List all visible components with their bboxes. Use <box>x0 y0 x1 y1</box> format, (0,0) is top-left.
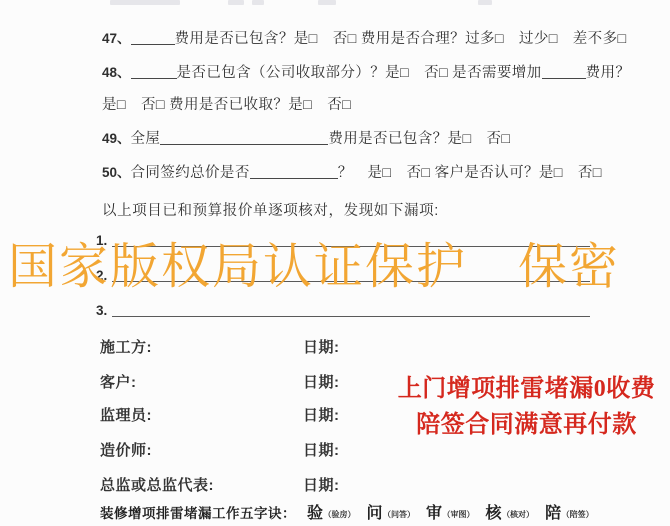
date-label: 日期: <box>303 336 340 357</box>
signature-label: 施工方: <box>100 339 152 356</box>
clipped-text-mark <box>478 0 492 5</box>
mnemonic-note: （验房） <box>324 510 356 519</box>
question-number: 47、 <box>102 31 131 46</box>
signature-row-contractor: 施工方: 日期: <box>100 336 520 357</box>
mnemonic-key: 陪 <box>545 505 562 522</box>
mnemonic-key: 审 <box>426 505 443 522</box>
clipped-text-mark <box>252 0 264 5</box>
question-48-continued: 是□ 否□ 费用是否已收取？是□ 否□ <box>102 93 351 114</box>
summary-sentence: 以上项目已和预算报价单逐项核对，发现如下漏项: <box>102 199 439 220</box>
signature-label: 造价师: <box>100 442 152 459</box>
mnemonic-note: （核对） <box>502 510 534 519</box>
mnemonic-key: 问 <box>367 505 384 522</box>
question-text: 费用是否已包含？是□ 否□ 费用是否合理？过多□ 过少□ 差不多□ <box>175 31 627 47</box>
omission-item-3: 3. <box>96 302 590 320</box>
footer-prefix: 装修增项排雷堵漏工作五字诀： <box>100 506 296 521</box>
question-text: 是□ 否□ 费用是否已收取？是□ 否□ <box>102 97 351 113</box>
question-48: 48、是否已包含（公司收取部分）？是□ 否□ 是否需要增加费用？ <box>102 61 630 82</box>
mnemonic-note: （陪签） <box>562 510 594 519</box>
blank-underline <box>131 66 177 79</box>
footer-mnemonic: 装修增项排雷堵漏工作五字诀：验（验房）问（问答）审（审图）核（核对）陪（陪签） <box>100 500 594 523</box>
question-number: 48、 <box>102 65 131 80</box>
question-49: 49、全屋费用是否已包含？是□ 否□ <box>102 127 511 148</box>
question-text: ？ 是□ 否□ 客户是否认可？是□ 否□ <box>338 165 602 181</box>
blank-underline <box>112 304 590 317</box>
clipped-text-mark <box>318 0 336 5</box>
promo-line-2: 陪签合同满意再付款 <box>384 407 669 443</box>
question-number: 49、 <box>102 131 131 146</box>
blank-underline <box>250 166 338 179</box>
question-text: 费用是否已包含？是□ 否□ <box>328 131 510 147</box>
watermark: 国家版权局认证保护 保密 <box>8 237 620 297</box>
promo-line-1: 上门增项排雷堵漏0收费 <box>384 371 669 407</box>
question-number: 50、 <box>102 165 131 180</box>
mnemonic-note: （审图） <box>443 510 475 519</box>
date-label: 日期: <box>303 474 340 495</box>
item-number: 3. <box>96 303 107 318</box>
date-label: 日期: <box>303 371 340 392</box>
mnemonic-note: （问答） <box>383 510 415 519</box>
signature-label: 监理员: <box>100 407 152 424</box>
signature-label: 总监或总监代表: <box>100 477 214 494</box>
mnemonic-key: 核 <box>486 505 503 522</box>
blank-underline <box>160 132 328 145</box>
mnemonic-key: 验 <box>307 505 324 522</box>
document-page: 47、费用是否已包含？是□ 否□ 费用是否合理？过多□ 过少□ 差不多□ 48、… <box>0 0 670 526</box>
question-text: 合同签约总价是否 <box>131 165 250 181</box>
clipped-text-mark <box>110 0 180 5</box>
blank-underline <box>131 32 175 45</box>
signature-label: 客户: <box>100 374 137 391</box>
date-label: 日期: <box>303 404 340 425</box>
question-text: 是否已包含（公司收取部分）？是□ 否□ 是否需要增加 <box>177 65 542 81</box>
clipped-text-mark <box>228 0 244 5</box>
date-label: 日期: <box>303 439 340 460</box>
signature-row-director: 总监或总监代表: 日期: <box>100 474 520 495</box>
blank-underline <box>542 66 586 79</box>
question-text: 费用？ <box>586 65 631 81</box>
question-50: 50、合同签约总价是否？ 是□ 否□ 客户是否认可？是□ 否□ <box>102 161 602 182</box>
question-47: 47、费用是否已包含？是□ 否□ 费用是否合理？过多□ 过少□ 差不多□ <box>102 27 627 48</box>
question-text: 全屋 <box>131 131 161 147</box>
promo-text: 上门增项排雷堵漏0收费 陪签合同满意再付款 <box>384 371 669 443</box>
